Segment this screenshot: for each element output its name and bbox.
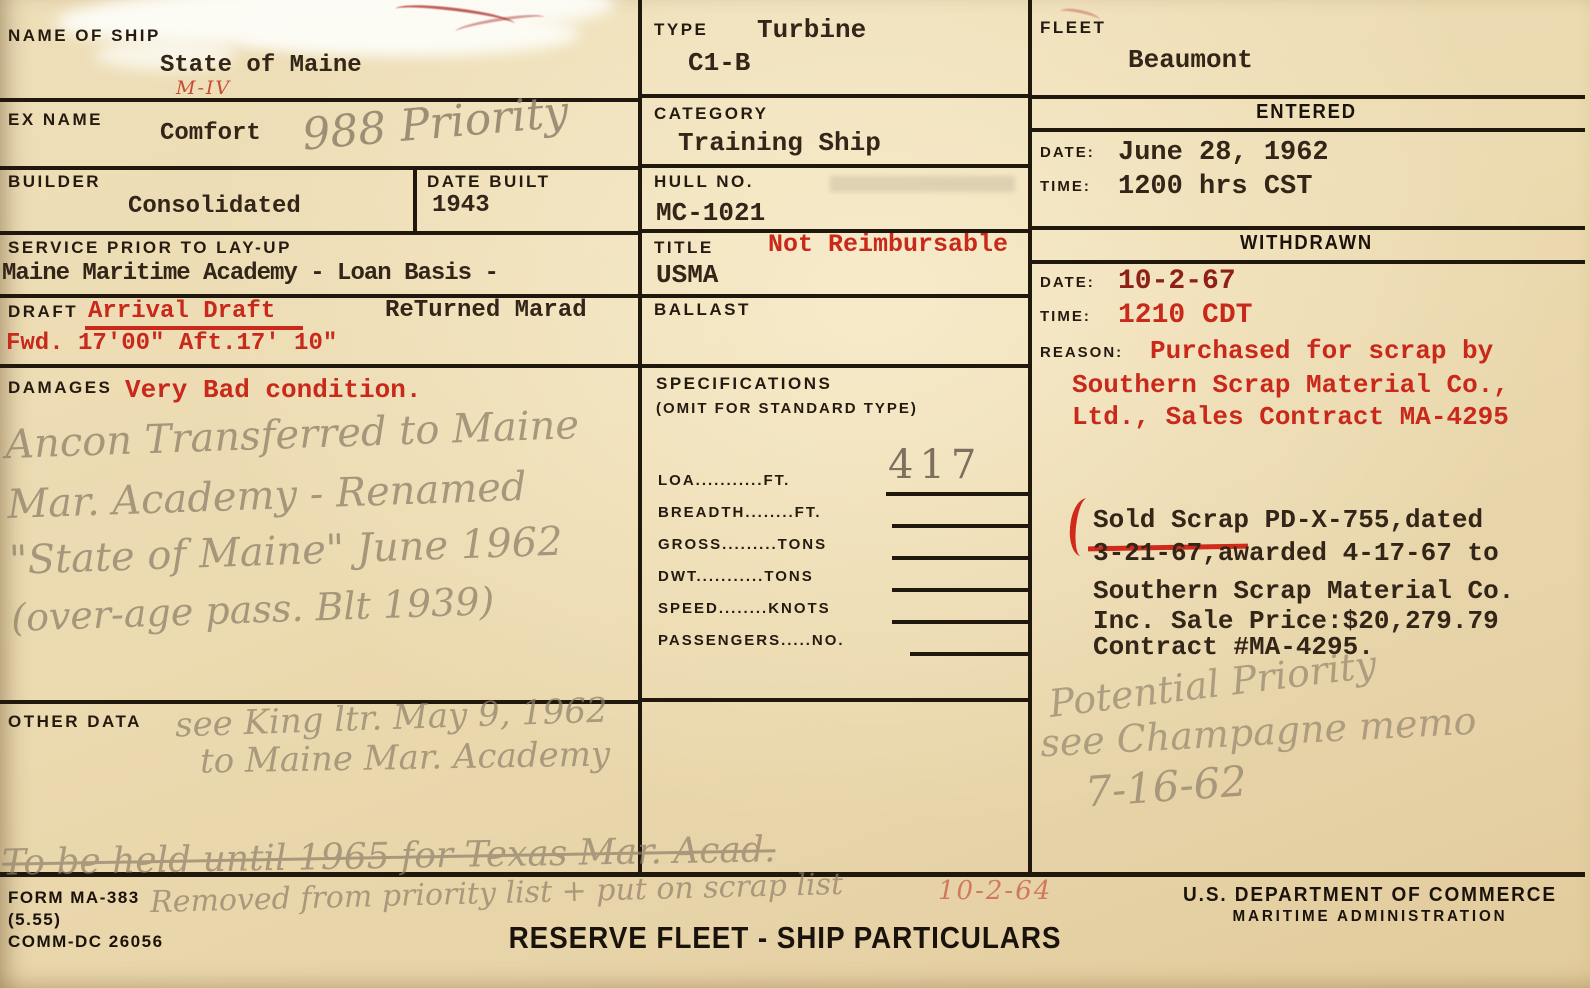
spec-fill-line <box>886 492 1032 496</box>
grid-line <box>413 168 417 234</box>
spec-row-gross: GROSS.........TONS <box>658 536 827 553</box>
damages-red-note: Very Bad condition. <box>125 375 421 405</box>
entered-date-label: DATE: <box>1040 144 1095 161</box>
spec-fill-line <box>892 524 1032 528</box>
spec-fill-line <box>892 620 1032 624</box>
type-label: TYPE <box>654 20 708 40</box>
withdrawn-reason-label: REASON: <box>1040 344 1123 361</box>
date-built-label: DATE BUILT <box>427 172 551 192</box>
spec-row-loa: LOA...........FT. <box>658 472 790 489</box>
sold-note-line: Southern Scrap Material Co. <box>1093 576 1514 606</box>
draft-returned-note: ReTurned Marad <box>385 297 587 324</box>
grid-line <box>1028 260 1585 264</box>
builder-label: BUILDER <box>8 172 101 192</box>
withdrawn-time-value: 1210 CDT <box>1118 300 1252 331</box>
title-value: USMA <box>656 260 718 290</box>
draft-arrival-note: Arrival Draft <box>88 298 275 325</box>
type-class-value: C1-B <box>688 48 750 78</box>
spec-row-dwt: DWT...........TONS <box>658 568 814 585</box>
hull-no-label: HULL NO. <box>654 172 754 192</box>
spec-row-passengers: PASSENGERS.....NO. <box>658 632 845 649</box>
withdrawn-date-label: DATE: <box>1040 274 1095 291</box>
sold-note-line: 3-21-67,awarded 4-17-67 to <box>1093 538 1499 568</box>
damages-pencil-line: "State of Maine" June 1962 <box>8 518 583 584</box>
draft-values: Fwd. 17'00" Aft.17' 10" <box>6 330 337 357</box>
spec-fill-line <box>892 556 1032 560</box>
title-red-note: Not Reimbursable <box>768 230 1008 259</box>
entered-time-value: 1200 hrs CST <box>1118 172 1312 202</box>
builder-value: Consolidated <box>128 193 301 220</box>
withdrawn-reason-line: Southern Scrap Material Co., <box>1072 370 1509 400</box>
spec-fill-line <box>892 588 1032 592</box>
sold-note-line: Sold Scrap PD-X-755,dated <box>1093 505 1483 535</box>
withdrawn-date-value: 10-2-67 <box>1118 266 1236 297</box>
fleet-label: FLEET <box>1040 18 1106 38</box>
name-of-ship-red-note: M-IV <box>176 77 231 99</box>
spec-row-speed: SPEED........KNOTS <box>658 600 831 617</box>
fleet-value: Beaumont <box>1128 45 1253 75</box>
damages-label: DAMAGES <box>8 378 112 398</box>
name-of-ship-label: NAME OF SHIP <box>8 26 161 46</box>
grid-line <box>638 364 1032 368</box>
date-built-value: 1943 <box>432 192 490 219</box>
service-prior-label: SERVICE PRIOR TO LAY-UP <box>8 238 292 258</box>
damages-pencil-line: (over-age pass. Blt 1939) <box>10 576 585 640</box>
spec-loa-value: 417 <box>888 442 982 488</box>
grid-line <box>638 0 642 876</box>
form-revision: (5.55) <box>8 910 61 930</box>
agency-subname: MARITIME ADMINISTRATION <box>1171 908 1570 926</box>
priority-pencil-line: 7-16-62 <box>1083 756 1248 816</box>
footer-title: RESERVE FLEET - SHIP PARTICULARS <box>484 920 1087 956</box>
grid-line <box>638 164 1032 168</box>
damages-pencil-line: Ancon Transferred to Maine <box>4 402 579 468</box>
form-number: FORM MA-383 <box>8 888 140 908</box>
withdrawn-reason-line: Ltd., Sales Contract MA-4295 <box>1072 402 1509 432</box>
withdrawn-header: WITHDRAWN <box>1050 232 1562 255</box>
grid-line <box>0 166 642 170</box>
ex-name-label: EX NAME <box>8 110 103 130</box>
category-label: CATEGORY <box>654 104 768 124</box>
grid-line <box>638 698 1032 702</box>
category-value: Training Ship <box>678 128 881 158</box>
withdrawn-time-label: TIME: <box>1040 308 1091 325</box>
grid-line <box>638 94 1032 98</box>
draft-label: DRAFT <box>8 302 78 322</box>
damages-pencil-block: Ancon Transferred to Maine Mar. Academy … <box>4 402 585 640</box>
hull-no-value: MC-1021 <box>656 198 765 228</box>
spec-row-breadth: BREADTH........FT. <box>658 504 822 521</box>
name-of-ship-value: State of Maine <box>160 52 362 79</box>
title-label: TITLE <box>654 238 714 258</box>
ballast-label: BALLAST <box>654 300 751 320</box>
grid-line <box>1028 128 1585 132</box>
type-value: Turbine <box>757 15 866 45</box>
entered-date-value: June 28, 1962 <box>1118 138 1329 168</box>
specifications-label: SPECIFICATIONS <box>656 374 832 394</box>
grid-line <box>1028 226 1585 230</box>
form-comm-number: COMM-DC 26056 <box>8 932 164 952</box>
footer-pencil-date: 10-2-64 <box>938 876 1052 906</box>
ship-particulars-card: NAME OF SHIP State of Maine M-IV EX NAME… <box>0 0 1590 988</box>
other-data-label: OTHER DATA <box>8 712 142 732</box>
spec-fill-line <box>910 652 1032 656</box>
specifications-sublabel: (OMIT FOR STANDARD TYPE) <box>656 400 918 417</box>
entered-header: ENTERED <box>1050 101 1562 124</box>
erased-smudge <box>830 176 1015 192</box>
damages-pencil-line: Mar. Academy - Renamed <box>6 462 581 528</box>
grid-line <box>0 231 642 235</box>
withdrawn-reason-line: Purchased for scrap by <box>1150 336 1493 366</box>
grid-line <box>0 364 642 368</box>
grid-line <box>638 294 1032 298</box>
grid-line <box>1028 95 1585 99</box>
service-prior-value: Maine Maritime Academy - Loan Basis - <box>2 260 498 287</box>
other-data-pencil-line: to Maine Mar. Academy <box>200 734 611 781</box>
agency-name: U.S. DEPARTMENT OF COMMERCE <box>1171 884 1570 907</box>
entered-time-label: TIME: <box>1040 178 1091 195</box>
ex-name-value: Comfort <box>160 120 261 147</box>
